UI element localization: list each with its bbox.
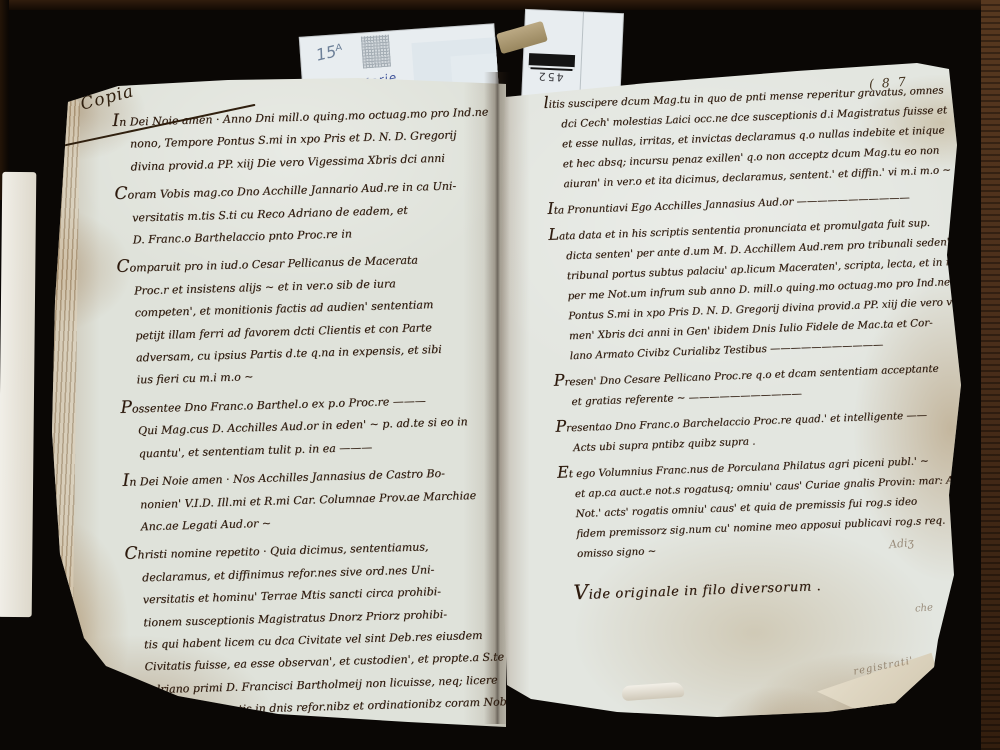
loose-sheet-under-book xyxy=(0,172,36,617)
folded-corner xyxy=(817,647,947,719)
wood-table-edge-left xyxy=(0,0,9,200)
book-gutter xyxy=(484,72,510,724)
manuscript-page-right: ( 8 7 litis suscipere dcum Mag.tu in quo… xyxy=(497,55,965,735)
wood-table-edge-top xyxy=(0,0,1000,10)
shelf-code: 15ᴬ xyxy=(314,40,345,65)
wood-table-edge-right xyxy=(981,0,1000,750)
right-page-text: litis suscipere dcum Mag.tu in quo de pn… xyxy=(543,74,980,607)
slip-number: 452 xyxy=(526,69,575,84)
manuscript-page-left: Copia In Dei Noie amen · Anno Dni mill.o… xyxy=(28,72,506,732)
inverted-label: 452 xyxy=(526,53,575,84)
marginal-note-che: che xyxy=(915,602,934,614)
stamp-square xyxy=(361,35,391,69)
marginal-note-adi: Adiʒ xyxy=(888,536,914,552)
slip-black-bar xyxy=(529,53,576,69)
manuscript-line: Vide originale in filo diversorum . xyxy=(561,567,980,606)
left-page-text: In Dei Noie amen · Anno Dni mill.o quing… xyxy=(112,95,509,724)
page-edge-stack xyxy=(44,98,80,688)
